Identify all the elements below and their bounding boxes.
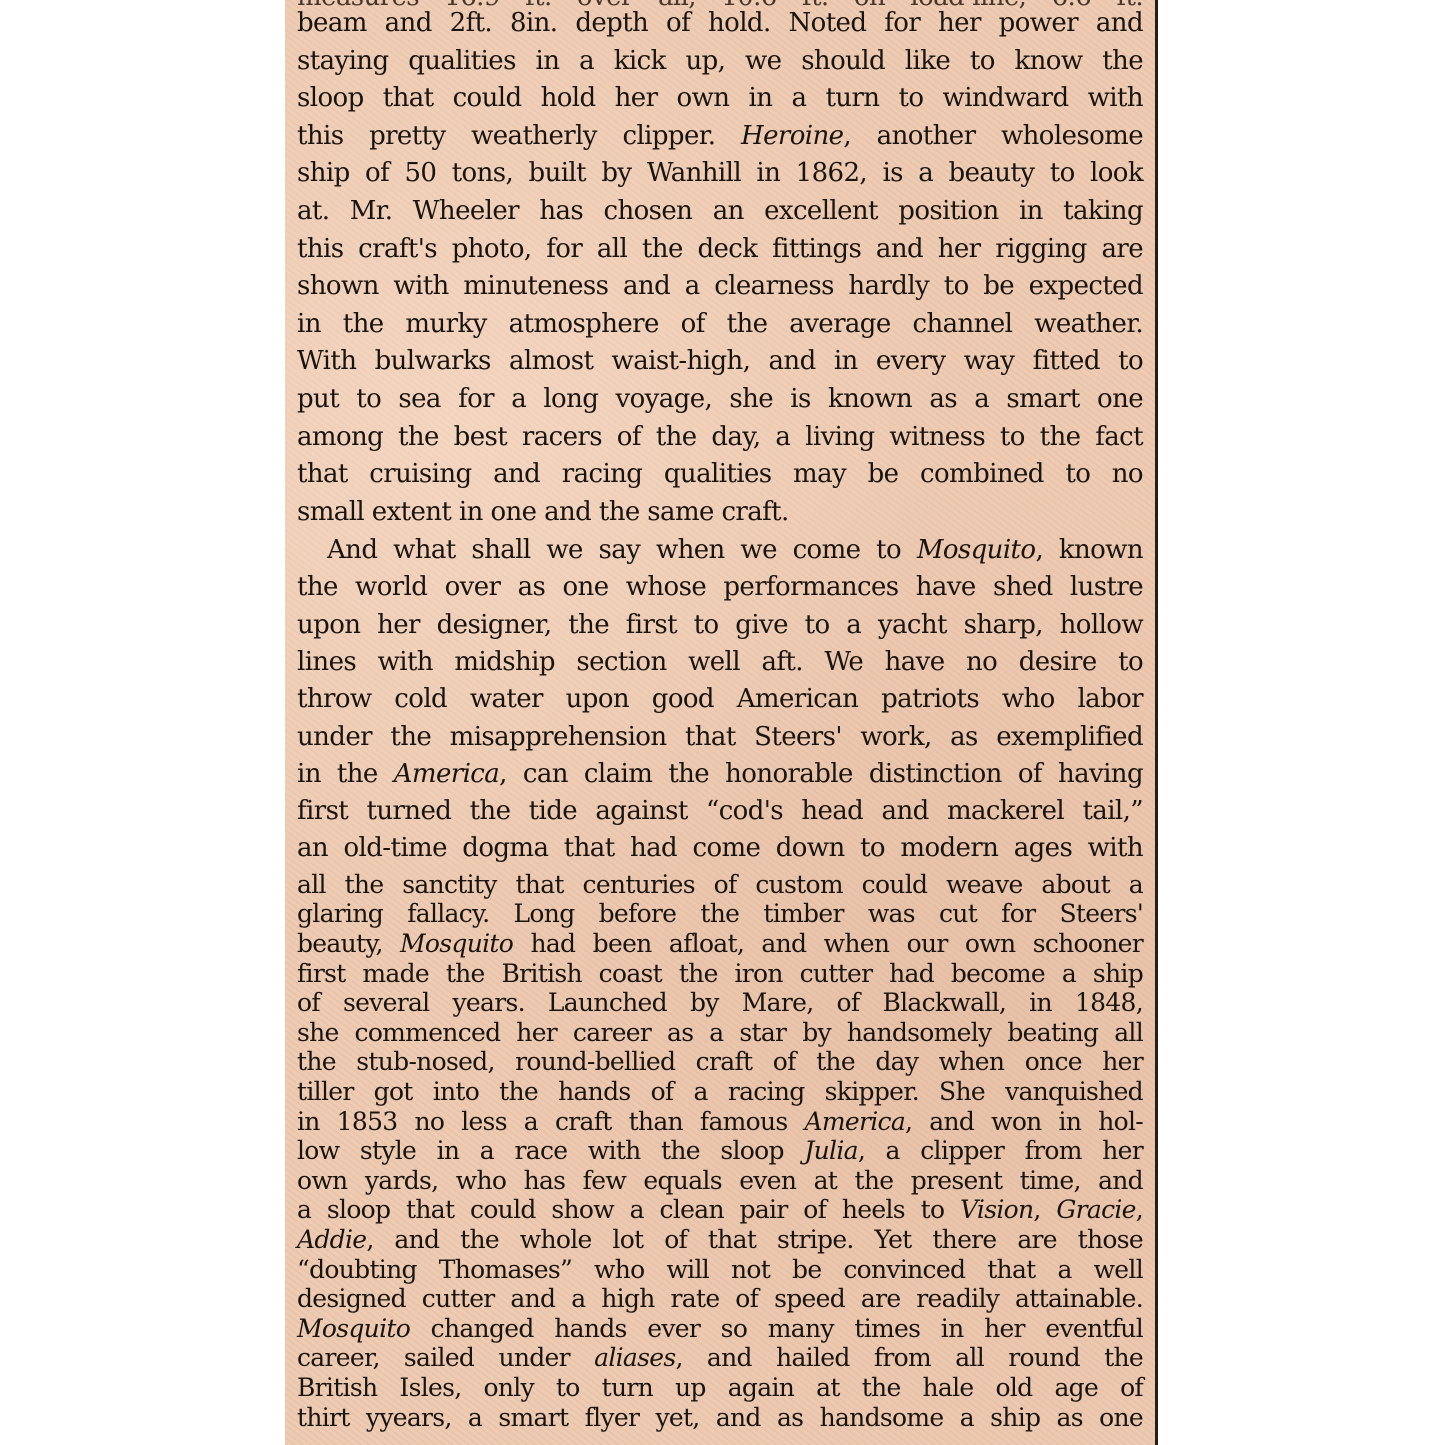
italic-ship-name: America (394, 759, 499, 789)
text-line: low style in a race with the sloop Julia… (297, 1138, 1143, 1163)
text-line: of several years. Launched by Mare, of B… (297, 990, 1143, 1015)
text-line: under the misapprehension that Steers' w… (297, 724, 1143, 750)
text-line: an old-time dogma that had come down to … (297, 835, 1143, 861)
text-line: staying qualities in a kick up, we shoul… (297, 48, 1143, 74)
text-line: Addie, and the whole lot of that stripe.… (297, 1227, 1143, 1252)
text-line: glaring fallacy. Long before the timber … (297, 901, 1143, 926)
italic-ship-name: Mosquito (917, 535, 1036, 565)
text-line: lines with midship section well aft. We … (297, 649, 1143, 675)
text-line: designed cutter and a high rate of speed… (297, 1286, 1143, 1311)
italic-ship-name: Gracie (1056, 1195, 1135, 1224)
text-line: all the sanctity that centuries of custo… (297, 872, 1143, 897)
text-line: small extent in one and the same craft. (297, 499, 1143, 525)
text-line: British Isles, only to turn up again at … (297, 1375, 1143, 1400)
text-line: Mosquito changed hands ever so many time… (297, 1316, 1143, 1341)
text-line: shown with minuteness and a clearness ha… (297, 273, 1143, 299)
text-line: first made the British coast the iron cu… (297, 961, 1143, 986)
text-line: among the best racers of the day, a livi… (297, 424, 1143, 450)
text-line: sloop that could hold her own in a turn … (297, 85, 1143, 111)
text-line: beam and 2ft. 8in. depth of hold. Noted … (297, 10, 1143, 36)
italic-ship-name: America (805, 1107, 906, 1136)
text-line: thirt yyears, a smart flyer yet, and as … (297, 1405, 1143, 1430)
text-line: With bulwarks almost waist-high, and in … (297, 348, 1143, 374)
text-line: career, sailed under aliases, and hailed… (297, 1345, 1143, 1370)
italic-ship-name: aliases (594, 1343, 675, 1372)
text-line: tiller got into the hands of a racing sk… (297, 1079, 1143, 1104)
text-line: “doubting Thomases” who will not be conv… (297, 1257, 1143, 1282)
text-line: beauty, Mosquito had been afloat, and wh… (297, 931, 1143, 956)
newspaper-clipping: measures 16.9 ft. over all, 10.6 ft. on … (285, 0, 1158, 1445)
text-line: at. Mr. Wheeler has chosen an excellent … (297, 198, 1143, 224)
text-line: this pretty weatherly clipper. Heroine, … (297, 123, 1143, 149)
text-line: a sloop that could show a clean pair of … (297, 1197, 1143, 1222)
text-line: And what shall we say when we come to Mo… (297, 537, 1143, 563)
text-line: this craft's photo, for all the deck fit… (297, 236, 1143, 262)
italic-ship-name: Mosquito (297, 1314, 410, 1343)
text-line: the world over as one whose performances… (297, 574, 1143, 600)
italic-ship-name: Mosquito (400, 929, 513, 958)
italic-ship-name: Addie (297, 1225, 366, 1254)
text-line: that cruising and racing qualities may b… (297, 461, 1143, 487)
italic-ship-name: Julia (804, 1136, 858, 1165)
italic-ship-name: Vision (960, 1195, 1033, 1224)
text-line: first turned the tide against “cod's hea… (297, 798, 1143, 824)
italic-ship-name: Heroine (741, 121, 843, 151)
text-line: in the America, can claim the honorable … (297, 761, 1143, 787)
text-line: upon her designer, the first to give to … (297, 612, 1143, 638)
text-line: in 1853 no less a craft than famous Amer… (297, 1109, 1143, 1134)
text-line: in the murky atmosphere of the average c… (297, 311, 1143, 337)
text-line: throw cold water upon good American patr… (297, 686, 1143, 712)
text-line: own yards, who has few equals even at th… (297, 1168, 1143, 1193)
text-line: ship of 50 tons, built by Wanhill in 186… (297, 160, 1143, 186)
text-line: put to sea for a long voyage, she is kno… (297, 386, 1143, 412)
text-line: the stub-nosed, round-bellied craft of t… (297, 1049, 1143, 1074)
text-line: she commenced her career as a star by ha… (297, 1020, 1143, 1045)
